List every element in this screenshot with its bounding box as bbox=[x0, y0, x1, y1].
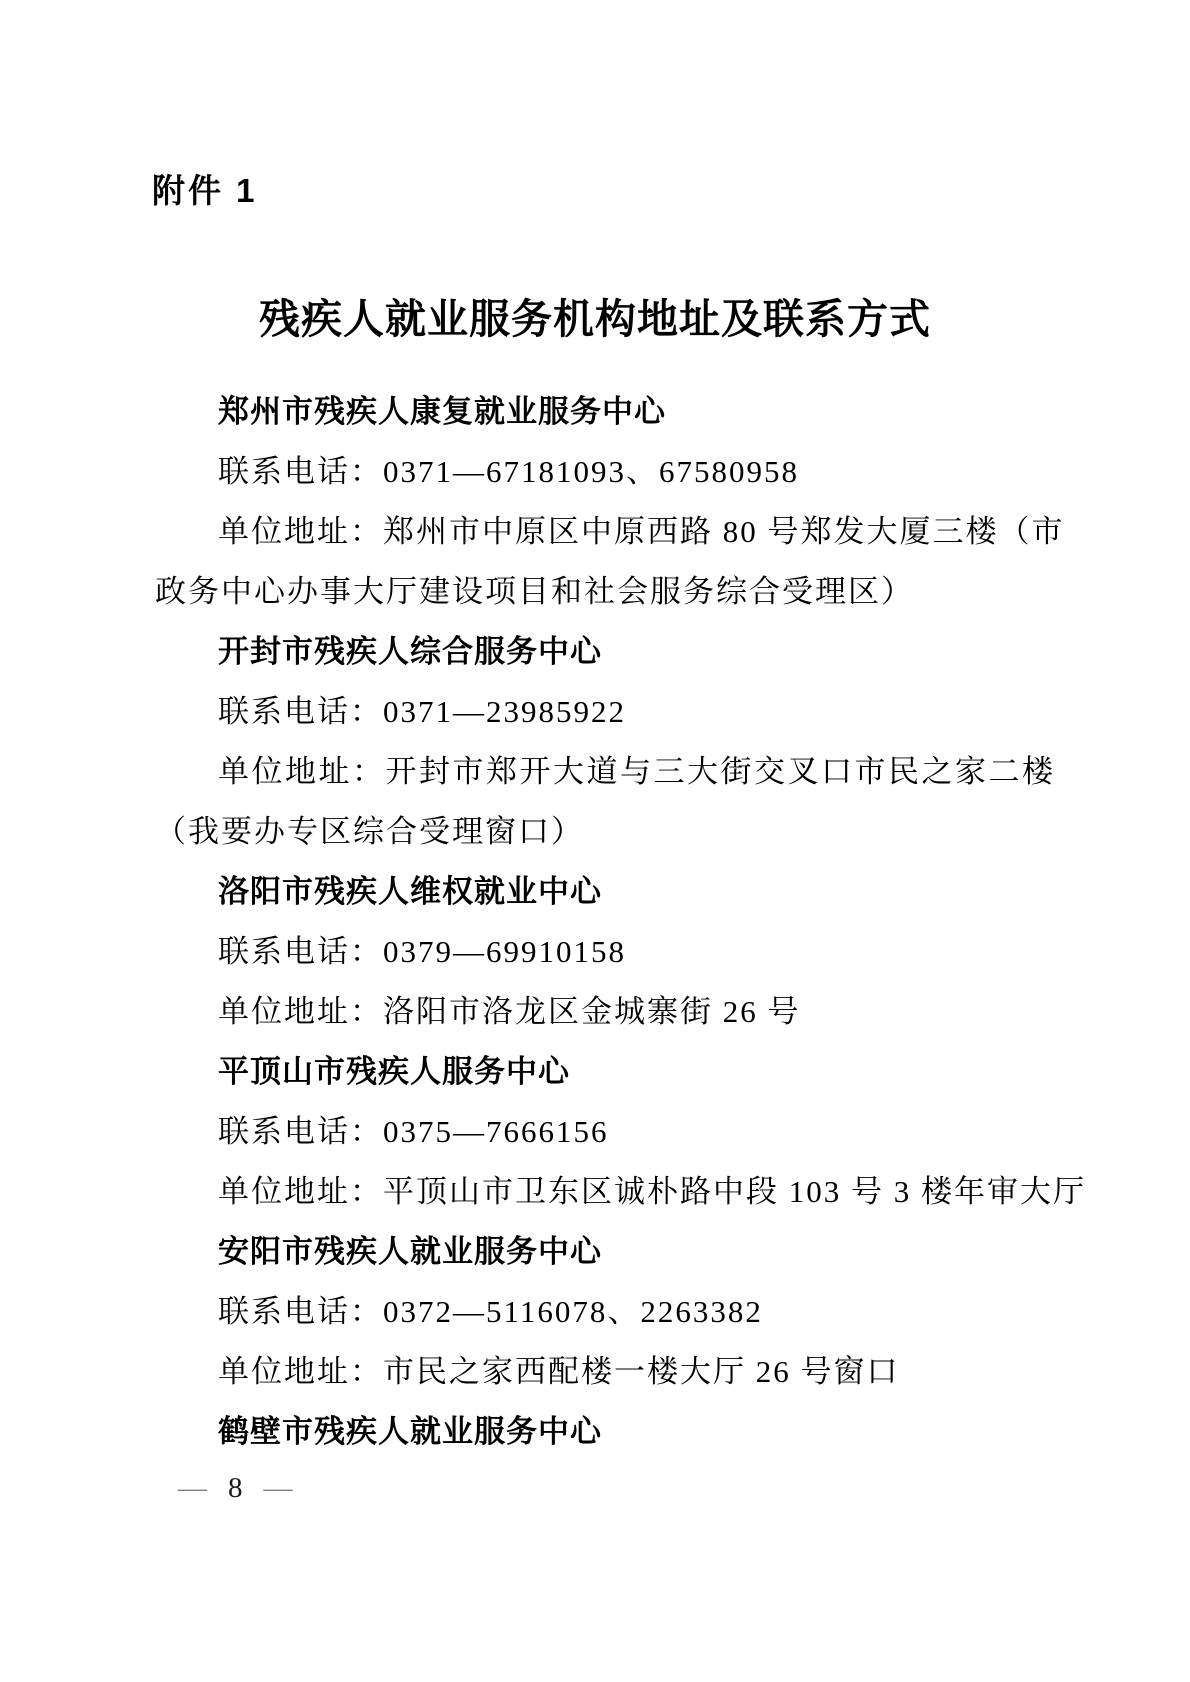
address-line: 单位地址：市民之家西配楼一楼大厅 26 号窗口 bbox=[155, 1342, 1055, 1402]
attachment-label: 附件 1 bbox=[152, 165, 258, 212]
section-heading-anyang: 安阳市残疾人就业服务中心 bbox=[155, 1222, 1055, 1282]
phone-line: 联系电话：0375—7666156 bbox=[155, 1102, 1055, 1162]
address-line-continued: 政务中心办事大厅建设项目和社会服务综合受理区） bbox=[155, 562, 1055, 622]
section-heading-hebi: 鹤壁市残疾人就业服务中心 bbox=[155, 1402, 1055, 1462]
phone-line: 联系电话：0372—5116078、2263382 bbox=[155, 1282, 1055, 1342]
address-line-continued: （我要办专区综合受理窗口） bbox=[155, 802, 1055, 862]
section-heading-pingdingshan: 平顶山市残疾人服务中心 bbox=[155, 1042, 1055, 1102]
address-line: 单位地址：郑州市中原区中原西路 80 号郑发大厦三楼（市 bbox=[155, 502, 1055, 562]
address-line: 单位地址：开封市郑开大道与三大街交叉口市民之家二楼 bbox=[155, 742, 1055, 802]
page-number-dash-left: — bbox=[178, 1472, 207, 1504]
phone-line: 联系电话：0371—23985922 bbox=[155, 682, 1055, 742]
address-line: 单位地址：平顶山市卫东区诚朴路中段 103 号 3 楼年审大厅 bbox=[155, 1162, 1055, 1222]
section-heading-luoyang: 洛阳市残疾人维权就业中心 bbox=[155, 862, 1055, 922]
phone-line: 联系电话：0371—67181093、67580958 bbox=[155, 442, 1055, 502]
page-number: —8— bbox=[178, 1468, 293, 1508]
phone-line: 联系电话：0379—69910158 bbox=[155, 922, 1055, 982]
section-heading-zhengzhou: 郑州市残疾人康复就业服务中心 bbox=[155, 382, 1055, 442]
page-number-dash-right: — bbox=[264, 1472, 293, 1504]
document-body: 郑州市残疾人康复就业服务中心 联系电话：0371—67181093、675809… bbox=[155, 382, 1055, 1462]
page-title: 残疾人就业服务机构地址及联系方式 bbox=[145, 286, 1045, 345]
section-heading-kaifeng: 开封市残疾人综合服务中心 bbox=[155, 622, 1055, 682]
page-number-value: 8 bbox=[228, 1472, 243, 1504]
address-line: 单位地址：洛阳市洛龙区金城寨街 26 号 bbox=[155, 982, 1055, 1042]
